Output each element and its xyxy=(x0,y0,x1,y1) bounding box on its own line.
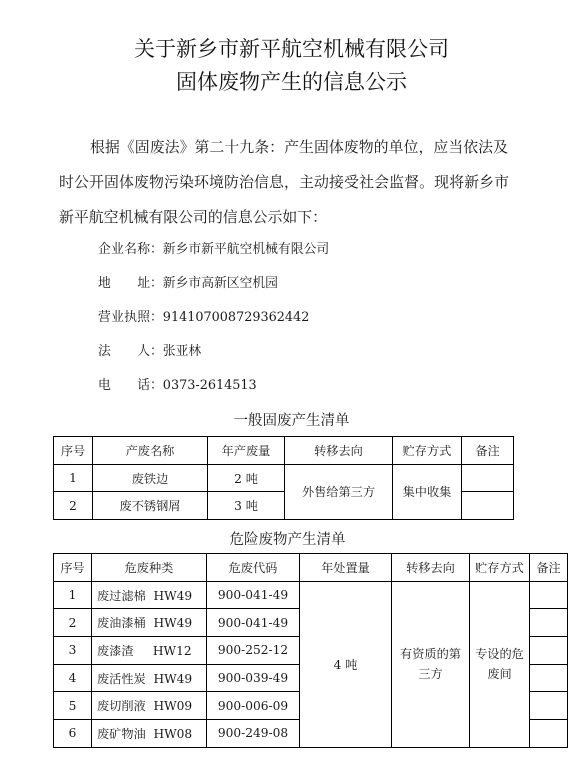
hazard-type: 废切削液 HW09 xyxy=(92,692,207,720)
table-row: 1 废过滤棉 HW49 900-041-49 4 吨 有资质的第三方 专设的危废… xyxy=(54,581,568,609)
row-number: 6 xyxy=(54,720,92,748)
info-value: 0373-2614513 xyxy=(163,378,257,393)
hazard-code: 900-252-12 xyxy=(207,637,300,665)
waste-name: 废不锈钢屑 xyxy=(93,492,208,520)
note-cell xyxy=(462,464,514,492)
note-cell xyxy=(530,692,568,720)
note-cell xyxy=(530,720,568,748)
info-label: 地 址 xyxy=(98,274,150,294)
info-value: 新乡市高新区空机园 xyxy=(163,276,278,291)
note-cell xyxy=(530,664,568,692)
document-title-line-1: 关于新乡市新平航空机械有限公司 xyxy=(0,33,583,63)
hazard-type: 废过滤棉 HW49 xyxy=(92,581,207,609)
storage-method: 专设的危废间 xyxy=(470,581,530,747)
row-number: 2 xyxy=(54,609,92,637)
hazard-code: 900-039-49 xyxy=(207,664,300,692)
row-number: 5 xyxy=(54,692,92,720)
header-cell: 危废代码 xyxy=(207,554,300,582)
info-colon: ： xyxy=(150,342,163,362)
info-value: 914107008729362442 xyxy=(163,310,310,325)
general-waste-caption: 一般固废产生清单 xyxy=(0,409,583,430)
info-business-license: 营业执照：914107008729362442 xyxy=(98,308,309,328)
info-colon: ： xyxy=(150,274,163,294)
info-phone: 电 话：0373-2614513 xyxy=(98,376,257,396)
transfer-destination: 有资质的第三方 xyxy=(392,581,470,747)
info-colon: ： xyxy=(150,240,163,260)
hazard-type: 废活性炭 HW49 xyxy=(92,664,207,692)
header-cell: 贮存方式 xyxy=(393,437,462,465)
table-row: 1 废铁边 2 吨 外售给第三方 集中收集 xyxy=(54,464,514,492)
header-cell: 转移去向 xyxy=(392,554,470,582)
header-cell: 贮存方式 xyxy=(470,554,530,582)
info-address: 地 址：新乡市高新区空机园 xyxy=(98,274,278,294)
hazard-type: 废漆渣 HW12 xyxy=(92,637,207,665)
header-cell: 序号 xyxy=(54,554,92,582)
general-waste-table: 序号 产废名称 年产废量 转移去向 贮存方式 备注 1 废铁边 2 吨 外售给第… xyxy=(53,436,514,520)
annual-amount: 3 吨 xyxy=(208,492,285,520)
row-number: 3 xyxy=(54,637,92,665)
header-cell: 产废名称 xyxy=(93,437,208,465)
hazard-type: 废油漆桶 HW49 xyxy=(92,609,207,637)
info-company-name: 企业名称：新乡市新平航空机械有限公司 xyxy=(98,240,329,260)
intro-paragraph-line-2: 时公开固体废物污染环境防治信息，主动接受社会监督。现将新乡市 xyxy=(59,165,509,200)
info-value: 新乡市新平航空机械有限公司 xyxy=(163,242,329,257)
header-cell: 备注 xyxy=(462,437,514,465)
transfer-destination: 外售给第三方 xyxy=(285,464,393,519)
hazardous-waste-table: 序号 危废种类 危废代码 年处置量 转移去向 贮存方式 备注 1 废过滤棉 HW… xyxy=(53,553,568,748)
info-colon: ： xyxy=(150,308,163,328)
row-number: 1 xyxy=(54,464,93,492)
annual-disposal: 4 吨 xyxy=(300,581,392,747)
row-number: 4 xyxy=(54,664,92,692)
info-colon: ： xyxy=(150,376,163,396)
note-cell xyxy=(530,609,568,637)
header-cell: 序号 xyxy=(54,437,93,465)
intro-paragraph-line-3: 新平航空机械有限公司的信息公示如下： xyxy=(59,200,509,235)
info-label: 电 话 xyxy=(98,376,150,396)
header-cell: 备注 xyxy=(530,554,568,582)
row-number: 2 xyxy=(54,492,93,520)
info-label: 营业执照 xyxy=(98,308,150,328)
intro-paragraph-line-1: 根据《固废法》第二十九条：产生固体废物的单位，应当依法及 xyxy=(90,130,508,165)
annual-amount: 2 吨 xyxy=(208,464,285,492)
header-cell: 年产废量 xyxy=(208,437,285,465)
header-cell: 年处置量 xyxy=(300,554,392,582)
storage-method: 集中收集 xyxy=(393,464,462,519)
table-header-row: 序号 产废名称 年产废量 转移去向 贮存方式 备注 xyxy=(54,437,514,465)
hazard-code: 900-041-49 xyxy=(207,581,300,609)
info-value: 张亚林 xyxy=(163,344,201,359)
info-label: 法 人 xyxy=(98,342,150,362)
row-number: 1 xyxy=(54,581,92,609)
hazard-code: 900-249-08 xyxy=(207,720,300,748)
note-cell xyxy=(530,637,568,665)
info-label: 企业名称 xyxy=(98,240,150,260)
info-legal-person: 法 人：张亚林 xyxy=(98,342,201,362)
note-cell xyxy=(462,492,514,520)
table-header-row: 序号 危废种类 危废代码 年处置量 转移去向 贮存方式 备注 xyxy=(54,554,568,582)
waste-name: 废铁边 xyxy=(93,464,208,492)
header-cell: 转移去向 xyxy=(285,437,393,465)
header-cell: 危废种类 xyxy=(92,554,207,582)
hazard-code: 900-006-09 xyxy=(207,692,300,720)
document-title-line-2: 固体废物产生的信息公示 xyxy=(0,66,583,96)
hazardous-waste-caption: 危险废物产生清单 xyxy=(0,528,579,549)
hazard-code: 900-041-49 xyxy=(207,609,300,637)
note-cell xyxy=(530,581,568,609)
hazard-type: 废矿物油 HW08 xyxy=(92,720,207,748)
